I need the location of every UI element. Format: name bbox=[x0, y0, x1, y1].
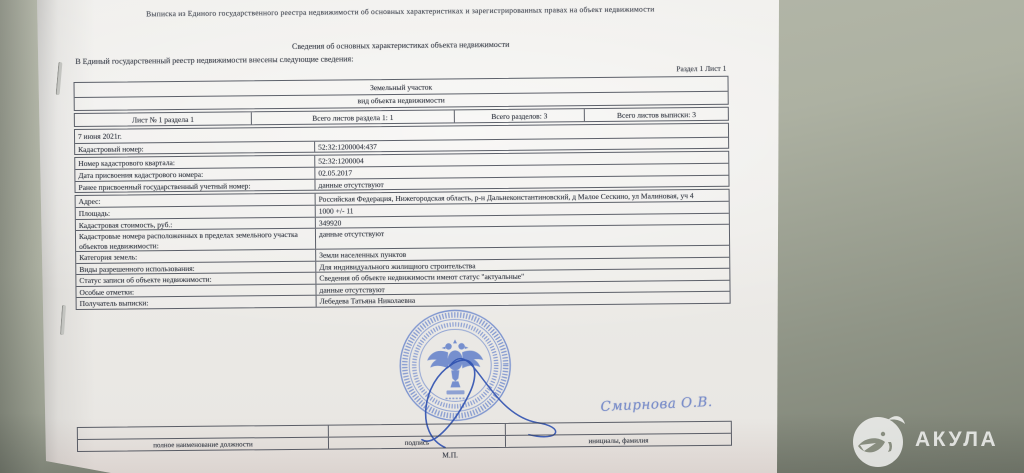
row-value: 52:32:1200004:437 bbox=[314, 137, 728, 151]
document-title: Выписка из Единого государственного реес… bbox=[53, 4, 748, 20]
photo-scene: Выписка из Единого государственного реес… bbox=[0, 0, 1024, 473]
position-caption: полное наименование должности bbox=[78, 438, 328, 451]
sheet-info-cell: Всего листов выписки: 3 bbox=[584, 108, 728, 121]
watermark-label: АКУЛА bbox=[915, 428, 998, 452]
characteristics-table: Земельный участок вид объекта недвижимос… bbox=[74, 76, 731, 312]
stamp-place-note: М.П. bbox=[370, 450, 530, 461]
row-label: Адрес: bbox=[76, 194, 315, 207]
row-label: Ранее присвоенный государственный учетны… bbox=[75, 179, 314, 192]
name-caption: инициалы, фамилия bbox=[505, 434, 731, 447]
document-subtitle: Сведения об основных характеристиках объ… bbox=[73, 38, 728, 53]
sheet-info-cell: Всего разделов: 3 bbox=[454, 109, 585, 122]
row-value: данные отсутствуют bbox=[315, 225, 729, 249]
sheet-info-cell: Лист № 1 раздела 1 bbox=[75, 112, 251, 126]
signature-cell-blank bbox=[328, 424, 505, 437]
row-label: Кадастровый номер: bbox=[75, 141, 314, 154]
signature-cell-blank bbox=[505, 422, 731, 435]
signature-table: полное наименование должности подпись ин… bbox=[77, 421, 732, 452]
object-details-block: Адрес: Российская Федерация, Нижегородск… bbox=[75, 189, 731, 310]
akula-watermark: АКУЛА bbox=[852, 410, 1022, 470]
row-label: Кадастровые номера расположенных в преде… bbox=[76, 229, 315, 251]
section-sheet-label: Раздел 1 Лист 1 bbox=[676, 64, 726, 73]
shark-icon bbox=[852, 412, 906, 468]
egrn-extract-document: Выписка из Единого государственного реес… bbox=[38, 0, 743, 473]
date-cadastre-block: 7 июня 2021г. Кадастровый номер: 52:32:1… bbox=[74, 123, 729, 155]
row-label: Получатель выписки: bbox=[77, 296, 316, 309]
cadastre-details-block: Номер кадастрового квартала: 52:32:12000… bbox=[74, 151, 729, 193]
signature-caption: подпись bbox=[328, 436, 505, 449]
sheet-info-cell: Всего листов раздела 1: 1 bbox=[251, 110, 454, 124]
object-type-block: Земельный участок вид объекта недвижимос… bbox=[74, 76, 729, 111]
document-intro: В Единый государственный реестр недвижим… bbox=[75, 54, 353, 66]
row-label: Номер кадастрового квартала: bbox=[75, 156, 314, 169]
